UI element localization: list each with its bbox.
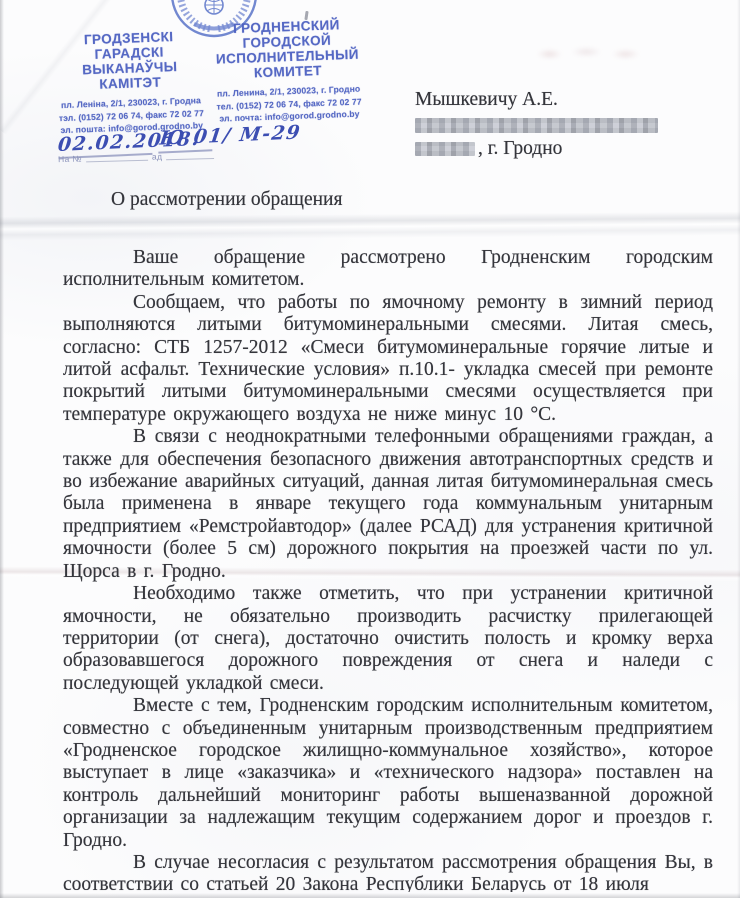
body-paragraph: Необходимо также отметить, что при устра… [63,583,713,695]
body-paragraph: Ваше обращение рассмотрено Гродненским г… [63,247,713,292]
letterhead: ГРОДЗЕНСКІ ГАРАДСКІ ВЫКАНАЎЧЫ КАМІТЭТ пл… [46,13,366,137]
scanned-letter-page: ГРОДЗЕНСКІ ГАРАДСКІ ВЫКАНАЎЧЫ КАМІТЭТ пл… [0,0,740,898]
ink-bleedthrough-smudge [536,42,648,64]
na-no-label: На № [58,153,82,164]
recipient-city: , г. Гродно [478,137,562,160]
form-underline [86,160,148,163]
body-paragraph: В случае несогласия с результатом рассмо… [63,852,713,892]
body-paragraph: Сообщаем, что работы по ямочному ремонту… [63,292,713,426]
body-paragraph: В связи с неоднократными телефонными обр… [63,426,713,583]
letter-body: Ваше обращение рассмотрено Гродненским г… [63,247,713,892]
recipient-name: Мышкевичу А.Е. [415,88,658,111]
letterhead-right-column: ГРОДНЕНСКИЙ ГОРОДСКОЙ ИСПОЛНИТЕЛЬНЫЙ КОМ… [210,13,366,132]
scan-edge-shadow-left [0,0,4,898]
recipient-block: Мышкевичу А.Е. , г. Гродно [415,88,658,160]
ad-label: ад [152,151,163,161]
paper-fold-crease-top [0,211,740,240]
scan-edge-shadow-bottom [0,893,740,898]
subject-line: О рассмотрении обращения [111,189,342,211]
body-paragraph: Вместе с тем, Гродненским городским испо… [63,695,713,852]
form-underline [167,158,215,160]
redacted-address-mosaic [415,118,658,133]
redacted-postcode-mosaic [415,142,475,156]
letterhead-left-column: ГРОДЗЕНСКІ ГАРАДСКІ ВЫКАНАЎЧЫ КАМІТЭТ пл… [46,18,214,137]
